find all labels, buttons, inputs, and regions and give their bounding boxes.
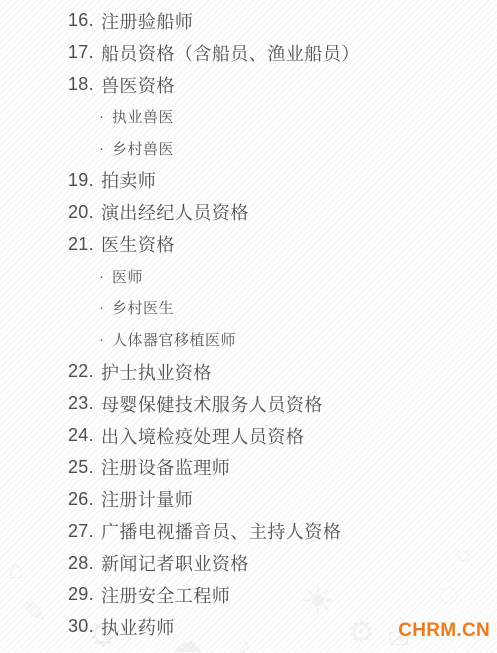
bullet-dot-icon: · bbox=[99, 108, 104, 125]
item-label: 医师 bbox=[112, 266, 143, 287]
item-label: 船员资格（含船员、渔业船员） bbox=[101, 40, 360, 66]
list-item: 17.船员资格（含船员、渔业船员） bbox=[0, 37, 497, 69]
list-item: 20.演出经纪人员资格 bbox=[0, 196, 497, 228]
item-label: 注册安全工程师 bbox=[101, 582, 231, 608]
item-label: 出入境检疫处理人员资格 bbox=[101, 423, 305, 449]
list-item: ·执业兽医 bbox=[0, 101, 497, 133]
item-number: 19. bbox=[68, 170, 94, 191]
item-label: 乡村兽医 bbox=[112, 138, 174, 159]
item-number: 18. bbox=[68, 74, 94, 95]
document-page: ✎⚙♪☁☀⚙✉◌☼⌂ 16.注册验船师17.船员资格（含船员、渔业船员）18.兽… bbox=[0, 0, 497, 653]
list-item: ·乡村兽医 bbox=[0, 133, 497, 165]
item-number: 20. bbox=[68, 202, 94, 223]
list-item: 22.护士执业资格 bbox=[0, 356, 497, 388]
list-item: ·医师 bbox=[0, 260, 497, 292]
item-label: 执业兽医 bbox=[112, 106, 174, 127]
list-item: 25.注册设备监理师 bbox=[0, 451, 497, 483]
item-label: 护士执业资格 bbox=[101, 359, 212, 385]
list-item: 28.新闻记者职业资格 bbox=[0, 547, 497, 579]
item-label: 乡村医生 bbox=[112, 297, 174, 318]
list-item: 24.出入境检疫处理人员资格 bbox=[0, 420, 497, 452]
item-label: 执业药师 bbox=[101, 614, 175, 640]
list-item: 27.广播电视播音员、主持人资格 bbox=[0, 515, 497, 547]
list-item: 26.注册计量师 bbox=[0, 483, 497, 515]
item-number: 24. bbox=[68, 425, 94, 446]
item-label: 人体器官移植医师 bbox=[112, 329, 236, 350]
item-number: 25. bbox=[68, 457, 94, 478]
list-item: 29.注册安全工程师 bbox=[0, 579, 497, 611]
bullet-dot-icon: · bbox=[99, 331, 104, 348]
item-number: 22. bbox=[68, 361, 94, 382]
item-number: 23. bbox=[68, 393, 94, 414]
item-number: 26. bbox=[68, 489, 94, 510]
site-watermark: CHRM.CN bbox=[398, 620, 490, 642]
bullet-dot-icon: · bbox=[99, 268, 104, 285]
item-number: 27. bbox=[68, 521, 94, 542]
list-item: 21.医生资格 bbox=[0, 228, 497, 260]
qualification-list: 16.注册验船师17.船员资格（含船员、渔业船员）18.兽医资格·执业兽医·乡村… bbox=[0, 5, 497, 643]
item-number: 16. bbox=[68, 10, 94, 31]
item-number: 17. bbox=[68, 42, 94, 63]
list-item: 16.注册验船师 bbox=[0, 5, 497, 37]
item-label: 广播电视播音员、主持人资格 bbox=[101, 518, 342, 544]
list-item: 23.母婴保健技术服务人员资格 bbox=[0, 388, 497, 420]
list-item: 18.兽医资格 bbox=[0, 69, 497, 101]
list-item: 19.拍卖师 bbox=[0, 164, 497, 196]
list-item: ·乡村医生 bbox=[0, 292, 497, 324]
item-number: 28. bbox=[68, 553, 94, 574]
item-label: 兽医资格 bbox=[101, 72, 175, 98]
item-number: 30. bbox=[68, 616, 94, 637]
bullet-dot-icon: · bbox=[99, 140, 104, 157]
item-label: 注册设备监理师 bbox=[101, 454, 231, 480]
list-item: ·人体器官移植医师 bbox=[0, 324, 497, 356]
item-number: 21. bbox=[68, 234, 94, 255]
item-label: 拍卖师 bbox=[101, 167, 157, 193]
bullet-dot-icon: · bbox=[99, 299, 104, 316]
item-number: 29. bbox=[68, 584, 94, 605]
item-label: 新闻记者职业资格 bbox=[101, 550, 249, 576]
item-label: 演出经纪人员资格 bbox=[101, 199, 249, 225]
item-label: 注册验船师 bbox=[101, 8, 194, 34]
item-label: 母婴保健技术服务人员资格 bbox=[101, 391, 323, 417]
item-label: 注册计量师 bbox=[101, 486, 194, 512]
item-label: 医生资格 bbox=[101, 231, 175, 257]
